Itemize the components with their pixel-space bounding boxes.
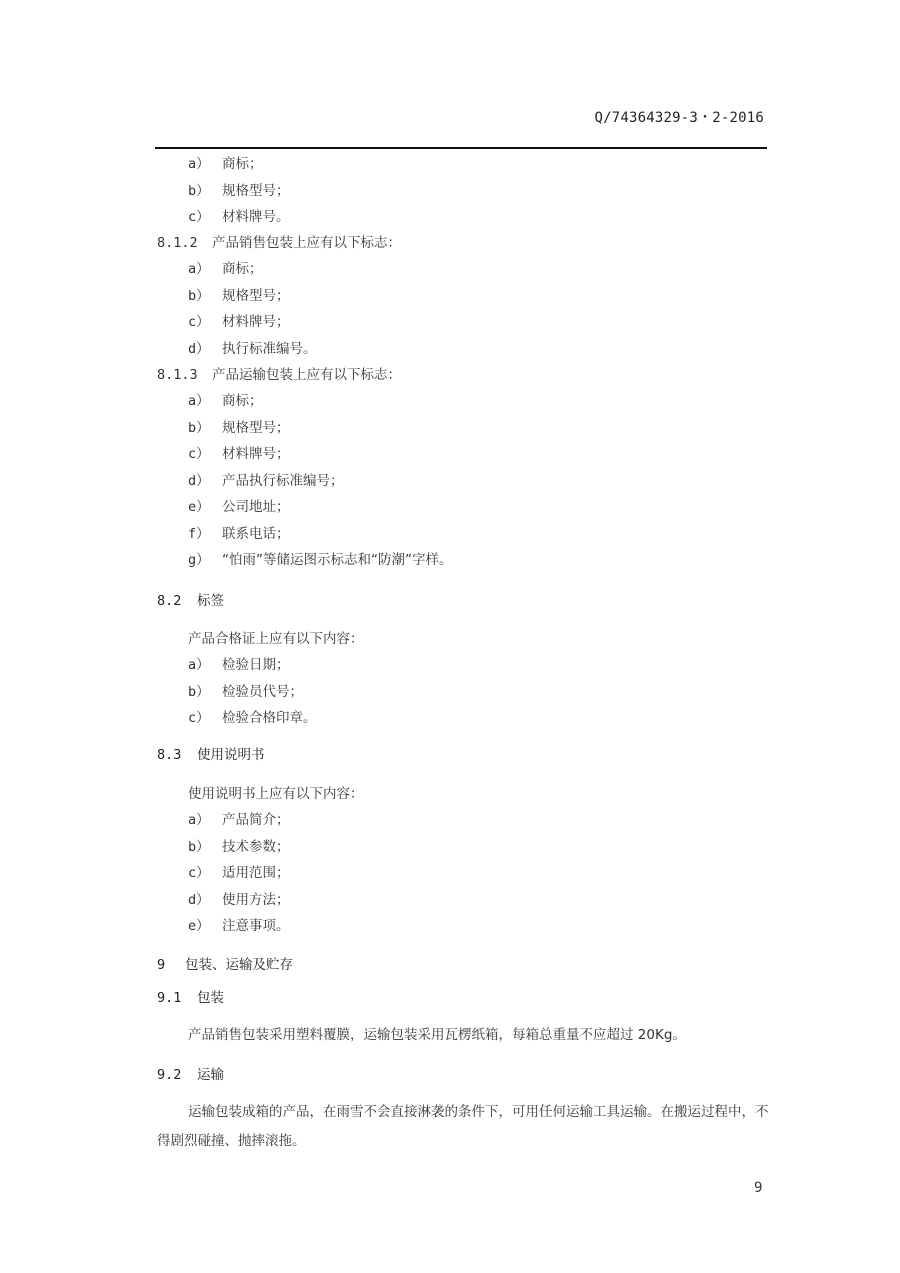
item-text: 适用范围；	[222, 865, 290, 881]
list-item: b）规格型号；	[188, 418, 290, 438]
list-item: d）执行标准编号。	[188, 339, 317, 359]
chapter-title: 包装、运输及贮存	[185, 957, 293, 973]
section-title: 运输	[197, 1067, 224, 1083]
item-label: b）	[188, 286, 222, 306]
item-label: e）	[188, 497, 222, 517]
item-label: e）	[188, 916, 222, 936]
item-label: b）	[188, 837, 222, 857]
list-item: d）产品执行标准编号；	[188, 471, 344, 491]
item-label: c）	[188, 708, 222, 728]
list-item: a）检验日期；	[188, 655, 290, 675]
section-number: 9.2	[157, 1065, 197, 1085]
list-item: e）注意事项。	[188, 916, 290, 936]
item-text: 检验员代号；	[222, 684, 303, 700]
list-item: d）使用方法；	[188, 890, 290, 910]
list-item: c）材料牌号；	[188, 444, 290, 464]
section-title: 标签	[197, 593, 224, 609]
item-text: 使用方法；	[222, 892, 290, 908]
section-heading-8-3: 8.3使用说明书	[157, 745, 265, 765]
item-text: 商标；	[222, 261, 263, 277]
item-label: d）	[188, 471, 222, 491]
item-text: 材料牌号；	[222, 314, 290, 330]
clause-number: 8.1.3	[157, 365, 212, 385]
section-intro: 产品合格证上应有以下内容：	[188, 629, 364, 649]
item-text: “怕雨”等储运图示标志和“防潮”字样。	[222, 552, 452, 568]
section-number: 8.2	[157, 591, 197, 611]
list-item: c）适用范围；	[188, 863, 290, 883]
clause-8-1-3: 8.1.3产品运输包装上应有以下标志：	[157, 365, 401, 385]
item-text: 材料牌号；	[222, 446, 290, 462]
item-text: 执行标准编号。	[222, 341, 317, 357]
item-label: g）	[188, 550, 222, 570]
item-label: b）	[188, 418, 222, 438]
page-number: 9	[754, 1180, 762, 1196]
list-item: a）产品简介；	[188, 810, 290, 830]
clause-text: 产品运输包装上应有以下标志：	[212, 367, 401, 383]
clause-number: 8.1.2	[157, 233, 212, 253]
clause-8-1-2: 8.1.2产品销售包装上应有以下标志：	[157, 233, 401, 253]
list-item: b）检验员代号；	[188, 682, 303, 702]
item-text: 技术参数；	[222, 839, 290, 855]
item-label: a）	[188, 810, 222, 830]
list-item: b）规格型号；	[188, 181, 290, 201]
item-label: a）	[188, 154, 222, 174]
section-title: 包装	[197, 990, 224, 1006]
section-paragraph: 运输包装成箱的产品，在雨雪不会直接淋袭的条件下，可用任何运输工具运输。在搬运过程…	[157, 1098, 769, 1156]
item-text: 注意事项。	[222, 918, 290, 934]
section-paragraph: 产品销售包装采用塑料覆膜，运输包装采用瓦楞纸箱，每箱总重量不应超过 20Kg。	[157, 1021, 769, 1050]
chapter-number: 9	[157, 955, 185, 975]
list-item: c）材料牌号。	[188, 207, 290, 227]
section-intro: 使用说明书上应有以下内容：	[188, 784, 364, 804]
standard-number: Q/74364329-3・2-2016	[594, 107, 764, 127]
section-number: 8.3	[157, 745, 197, 765]
list-item: a）商标；	[188, 391, 263, 411]
list-item: f）联系电话；	[188, 524, 290, 544]
item-text: 联系电话；	[222, 526, 290, 542]
item-label: b）	[188, 682, 222, 702]
section-heading-9-1: 9.1包装	[157, 988, 224, 1008]
section-title: 使用说明书	[197, 747, 265, 763]
item-label: a）	[188, 391, 222, 411]
item-text: 产品简介；	[222, 812, 290, 828]
item-label: f）	[188, 524, 222, 544]
clause-text: 产品销售包装上应有以下标志：	[212, 235, 401, 251]
list-item: c）材料牌号；	[188, 312, 290, 332]
item-text: 商标；	[222, 393, 263, 409]
item-label: c）	[188, 312, 222, 332]
section-number: 9.1	[157, 988, 197, 1008]
item-label: b）	[188, 181, 222, 201]
list-item: b）技术参数；	[188, 837, 290, 857]
item-text: 规格型号；	[222, 288, 290, 304]
item-label: a）	[188, 259, 222, 279]
list-item: e）公司地址；	[188, 497, 290, 517]
item-label: c）	[188, 863, 222, 883]
item-label: d）	[188, 890, 222, 910]
list-item: c）检验合格印章。	[188, 708, 317, 728]
chapter-heading-9: 9包装、运输及贮存	[157, 955, 293, 975]
section-heading-9-2: 9.2运输	[157, 1065, 224, 1085]
section-heading-8-2: 8.2标签	[157, 591, 224, 611]
list-item: g）“怕雨”等储运图示标志和“防潮”字样。	[188, 550, 452, 570]
header-rule	[155, 147, 767, 149]
item-text: 材料牌号。	[222, 209, 290, 225]
list-item: b）规格型号；	[188, 286, 290, 306]
item-text: 检验日期；	[222, 657, 290, 673]
list-item: a）商标；	[188, 154, 263, 174]
item-text: 商标；	[222, 156, 263, 172]
item-text: 规格型号；	[222, 420, 290, 436]
item-label: c）	[188, 444, 222, 464]
item-label: a）	[188, 655, 222, 675]
item-text: 产品执行标准编号；	[222, 473, 344, 489]
item-text: 检验合格印章。	[222, 710, 317, 726]
item-label: c）	[188, 207, 222, 227]
list-item: a）商标；	[188, 259, 263, 279]
item-text: 规格型号；	[222, 183, 290, 199]
item-label: d）	[188, 339, 222, 359]
item-text: 公司地址；	[222, 499, 290, 515]
